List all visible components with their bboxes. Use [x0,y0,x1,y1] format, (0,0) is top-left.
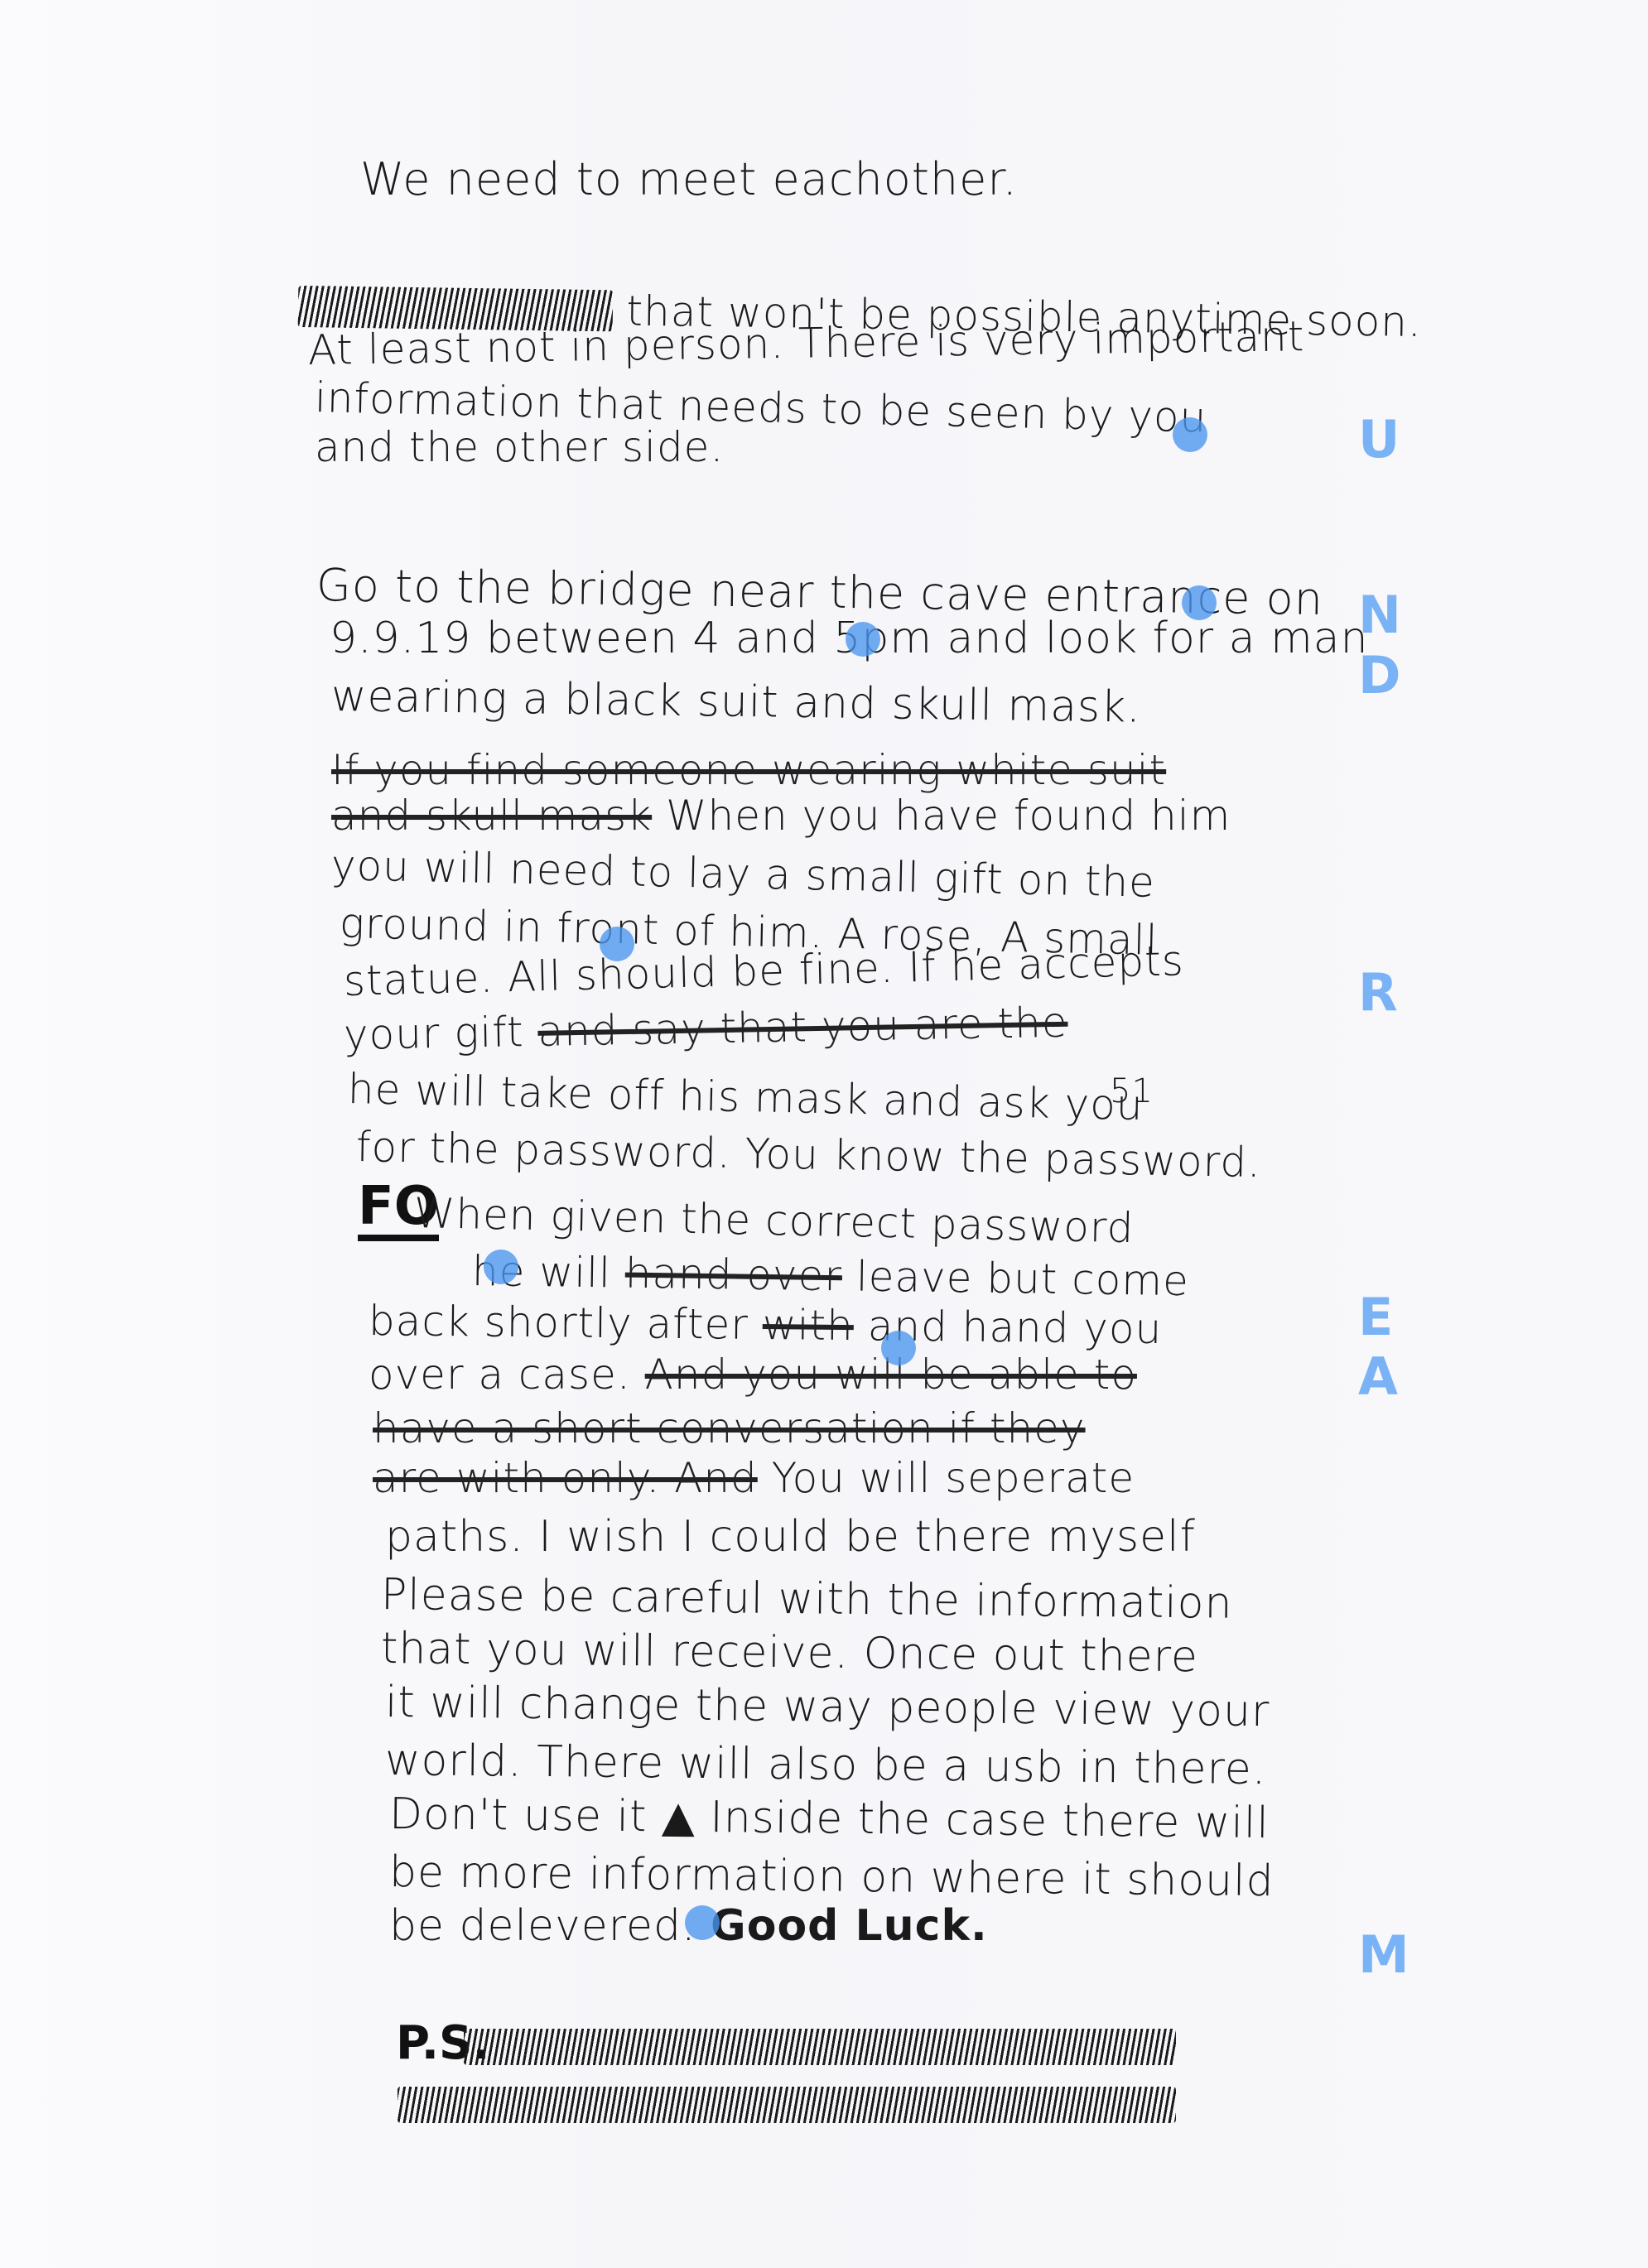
ps-line-2: [scribbled out line 2] [398,2087,1176,2128]
side-letter-n: N [1358,590,1401,641]
scribbled-line: [scribbled out line 1] [464,2029,1176,2065]
struck-text: are with only. And [373,1454,758,1502]
p3-line-14: are with only. And You will seperate [373,1457,1135,1499]
struck-text: and skull mask [331,792,652,840]
highlight-dot-n [1182,585,1217,620]
p3-line-17: that you will receive. Once out there [381,1627,1198,1678]
paper-page: We need to meet eachother. [scribbled ou… [0,0,1648,2268]
struck-text: If you find someone wearing white suit [331,746,1166,794]
ps-line-1: [scribbled out line 1] [464,2029,1176,2070]
side-letter-e: E [1358,1292,1393,1343]
highlight-dot-r [600,927,634,961]
p3-line-15: paths. I wish I could be there myself [385,1515,1196,1558]
warning-triangle-icon: ▲ [662,1792,696,1842]
p3-text: over a case. [369,1351,631,1399]
p3-line-8: for the password. You know the password. [356,1126,1262,1183]
p3-text-2: Inside the case there will [710,1793,1270,1848]
p3-line-20: Don't use it ▲ Inside the case there wil… [389,1793,1270,1845]
struck-text: have a short conversation if they [373,1404,1086,1452]
p3-line-9: When given the correct password [413,1192,1134,1249]
p3-line-7: he will take off his mask and ask you [347,1068,1144,1126]
p3-text: your gift [343,1008,524,1059]
struck-text: and say that you are the [537,999,1068,1056]
scribbled-line: [scribbled out line 2] [398,2087,1176,2123]
p3-line-11: back shortly after with and hand you [369,1300,1163,1350]
p3-line-13: have a short conversation if they [373,1408,1086,1449]
p3-text-2: leave but come [855,1252,1189,1305]
p3-line-6: your gift and say that you are the [344,1002,1068,1056]
highlight-dot-m [685,1905,720,1940]
highlight-dot-a [881,1331,916,1365]
p3-line-10: he will hand over leave but come [472,1250,1190,1302]
struck-text: with [762,1301,854,1350]
p1-line-4: and the other side. [315,426,724,468]
p1-line-2: At least not in person. There is very im… [308,315,1305,371]
p2-line-3: wearing a black suit and skull mask. [331,675,1142,730]
p3-text: back shortly after [369,1297,749,1349]
struck-text: hand over [624,1250,842,1301]
p3-text: be delevered. [389,1901,696,1951]
p3-text: When you have found him [666,792,1231,840]
p3-line-16: Please be careful with the information [381,1573,1233,1625]
highlight-dot-u [1173,417,1207,452]
heading-line: We need to meet eachother. [360,157,1018,202]
good-luck-text: Good Luck. [711,1901,988,1951]
p3-line-19: world. There will also be a usb in there… [385,1739,1267,1791]
p3-line-18: it will change the way people view your [385,1681,1270,1733]
side-letter-m: M [1358,1929,1409,1981]
side-letter-u: U [1358,414,1400,465]
p3-line-1: If you find someone wearing white suit [331,749,1166,791]
highlight-dot-e [484,1250,518,1284]
p3-text: You will seperate [772,1454,1135,1502]
p3-line-21: be more information on where it should [389,1851,1275,1903]
p3-line-12: over a case. And you will be able to [369,1354,1137,1395]
highlight-dot-d [846,622,880,657]
p3-line-3: you will need to lay a small gift on the [330,845,1155,903]
side-letter-d: D [1358,650,1400,701]
p3-text: Don't use it [389,1789,648,1842]
side-letter-a: A [1358,1351,1398,1403]
side-letter-r: R [1358,967,1398,1018]
p3-line-2: and skull mask When you have found him [331,795,1231,836]
